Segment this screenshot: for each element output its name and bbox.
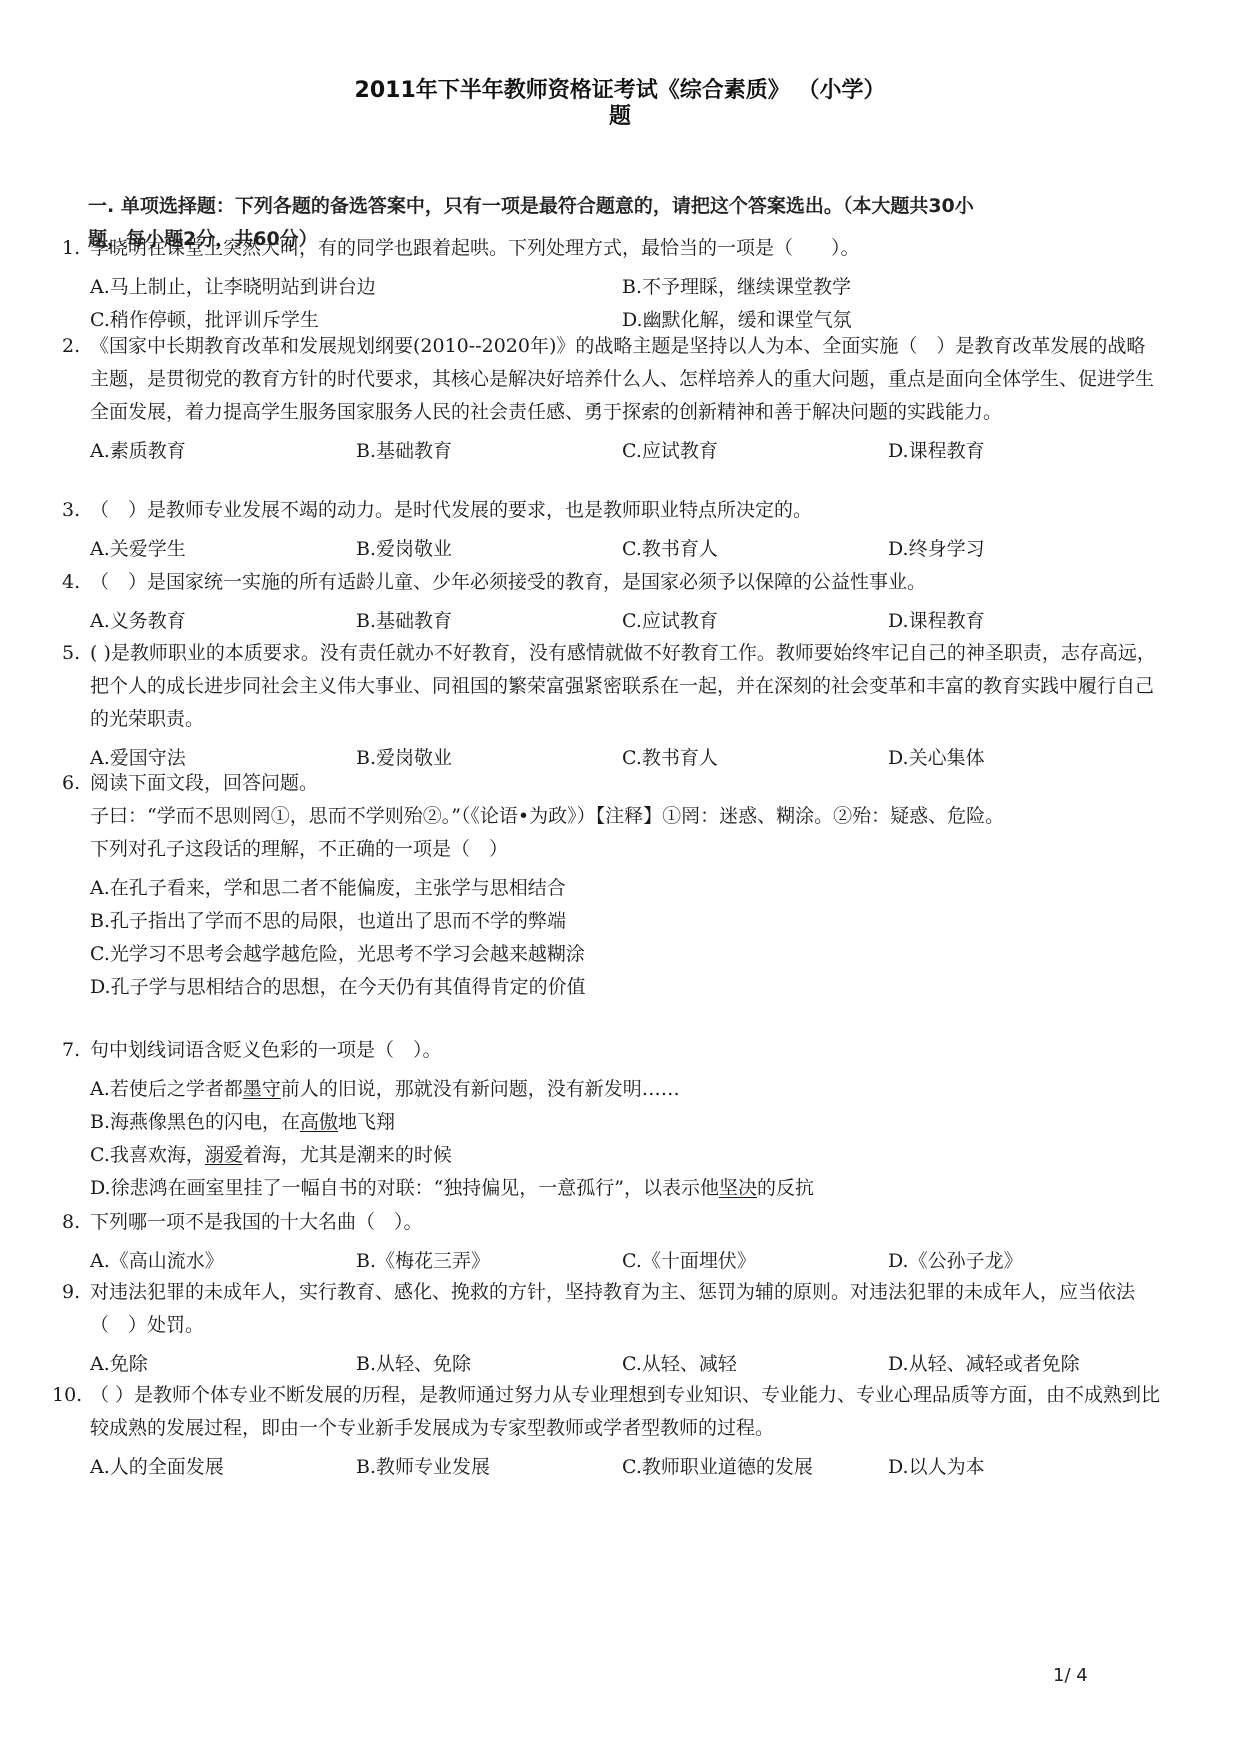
option-d: D.从轻、减轻或者免除 xyxy=(888,1348,1154,1381)
question-1: 1.李晓明在课堂上突然大叫，有的同学也跟着起哄。下列处理方式，最恰当的一项是（ … xyxy=(62,232,1162,337)
page-number: 1/ 4 xyxy=(1053,1665,1088,1686)
question-stem: （ ）是国家统一实施的所有适龄儿童、少年必须接受的教育，是国家必须予以保障的公益… xyxy=(90,571,926,593)
document-title: 2011年下半年教师资格证考试《综合素质》 （小学） 题 xyxy=(0,78,1240,130)
question-stem: 阅读下面文段，回答问题。 xyxy=(90,772,318,794)
option-c: C.应试教育 xyxy=(622,435,888,468)
question-stem: 下列哪一项不是我国的十大名曲（ ）。 xyxy=(90,1211,423,1233)
option-a: A.素质教育 xyxy=(90,435,356,468)
option-d: D.《公孙子龙》 xyxy=(888,1245,1154,1278)
option-b: B.基础教育 xyxy=(356,435,622,468)
option-b: B.海燕像黑色的闪电，在高傲地飞翔 xyxy=(62,1106,1162,1139)
options: A.若使后之学者都墨守前人的旧说，那就没有新问题，没有新发明…… B.海燕像黑色… xyxy=(62,1073,1162,1205)
option-a: A.人的全面发展 xyxy=(90,1451,356,1484)
question-number: 9. xyxy=(62,1276,90,1309)
option-b: B.《梅花三弄》 xyxy=(356,1245,622,1278)
option-a: A.关爱学生 xyxy=(90,533,356,566)
question-7: 7.句中划线词语含贬义色彩的一项是（ ）。 A.若使后之学者都墨守前人的旧说，那… xyxy=(62,1034,1162,1205)
section-heading-line-1: 一. 单项选择题：下列各题的备选答案中，只有一项是最符合题意的，请把这个答案选出… xyxy=(88,190,1148,223)
underlined-word: 溺爱 xyxy=(205,1144,243,1166)
underlined-word: 坚决 xyxy=(719,1177,757,1199)
options: A.关爱学生 B.爱岗敬业 C.教书育人 D.终身学习 xyxy=(62,533,1162,566)
option-a: A.若使后之学者都墨守前人的旧说，那就没有新问题，没有新发明…… xyxy=(62,1073,1162,1106)
question-10: 10.（ ）是教师个体专业不断发展的历程，是教师通过努力从专业理想到专业知识、专… xyxy=(52,1379,1162,1484)
question-stem: 李晓明在课堂上突然大叫，有的同学也跟着起哄。下列处理方式，最恰当的一项是（ ）。 xyxy=(90,237,860,259)
option-b: B.教师专业发展 xyxy=(356,1451,622,1484)
question-stem: 《国家中长期教育改革和发展规划纲要(2010--2020年)》的战略主题是坚持以… xyxy=(90,335,1154,423)
passage: 子曰：“学而不思则罔①，思而不学则殆②。”（《论语•为政》）【注释】①罔：迷惑、… xyxy=(62,800,1162,833)
question-number: 6. xyxy=(62,767,90,800)
option-a: A.在孔子看来，学和思二者不能偏废，主张学与思相结合 xyxy=(62,872,1162,905)
question-number: 8. xyxy=(62,1206,90,1239)
question-number: 1. xyxy=(62,232,90,265)
option-d: D.徐悲鸿在画室里挂了一幅自书的对联：“独持偏见，一意孤行”，以表示他坚决的反抗 xyxy=(62,1172,1162,1205)
question-number: 3. xyxy=(62,494,90,527)
option-c: C.应试教育 xyxy=(622,605,888,638)
options: A.在孔子看来，学和思二者不能偏废，主张学与思相结合 B.孔子指出了学而不思的局… xyxy=(62,872,1162,1004)
question-8: 8.下列哪一项不是我国的十大名曲（ ）。 A.《高山流水》 B.《梅花三弄》 C… xyxy=(62,1206,1162,1278)
option-b: B.不予理睬，继续课堂教学 xyxy=(622,271,1154,304)
option-a: A.马上制止，让李晓明站到讲台边 xyxy=(90,271,622,304)
question-number: 4. xyxy=(62,566,90,599)
options: A.义务教育 B.基础教育 C.应试教育 D.课程教育 xyxy=(62,605,1162,638)
question-number: 2. xyxy=(62,330,90,363)
option-c: C.光学习不思考会越学越危险，光思考不学习会越来越糊涂 xyxy=(62,938,1162,971)
option-d: D.以人为本 xyxy=(888,1451,1154,1484)
option-c: C.从轻、减轻 xyxy=(622,1348,888,1381)
option-c: C.《十面埋伏》 xyxy=(622,1245,888,1278)
underlined-word: 高傲 xyxy=(300,1111,338,1133)
option-a: A.免除 xyxy=(90,1348,356,1381)
option-a: A.义务教育 xyxy=(90,605,356,638)
question-number: 5. xyxy=(62,637,90,670)
question-stem: ( )是教师职业的本质要求。没有责任就办不好教育，没有感情就做不好教育工作。教师… xyxy=(90,642,1156,730)
options: A.《高山流水》 B.《梅花三弄》 C.《十面埋伏》 D.《公孙子龙》 xyxy=(62,1245,1162,1278)
question-9: 9.对违法犯罪的未成年人，实行教育、感化、挽救的方针，坚持教育为主、惩罚为辅的原… xyxy=(62,1276,1162,1381)
question-stem: 对违法犯罪的未成年人，实行教育、感化、挽救的方针，坚持教育为主、惩罚为辅的原则。… xyxy=(90,1281,1135,1336)
underlined-word: 墨守 xyxy=(243,1078,281,1100)
option-b: B.爱岗敬业 xyxy=(356,533,622,566)
question-5: 5.( )是教师职业的本质要求。没有责任就办不好教育，没有感情就做不好教育工作。… xyxy=(62,637,1162,775)
question-stem: （ ）是教师个体专业不断发展的历程，是教师通过努力从专业理想到专业知识、专业能力… xyxy=(90,1384,1160,1439)
question-number: 7. xyxy=(62,1034,90,1067)
option-d: D.课程教育 xyxy=(888,435,1154,468)
option-a: A.《高山流水》 xyxy=(90,1245,356,1278)
question-stem: （ ）是教师专业发展不竭的动力。是时代发展的要求，也是教师职业特点所决定的。 xyxy=(90,499,812,521)
option-d: D.孔子学与思相结合的思想，在今天仍有其值得肯定的价值 xyxy=(62,971,1162,1004)
option-c: C.我喜欢海，溺爱着海，尤其是潮来的时候 xyxy=(62,1139,1162,1172)
question-2: 2.《国家中长期教育改革和发展规划纲要(2010--2020年)》的战略主题是坚… xyxy=(62,330,1162,468)
option-d: D.终身学习 xyxy=(888,533,1154,566)
question-3: 3.（ ）是教师专业发展不竭的动力。是时代发展的要求，也是教师职业特点所决定的。… xyxy=(62,494,1162,566)
question-stem: 句中划线词语含贬义色彩的一项是（ ）。 xyxy=(90,1039,442,1061)
title-line-1: 2011年下半年教师资格证考试《综合素质》 （小学） xyxy=(355,78,886,103)
question-6: 6.阅读下面文段，回答问题。 子曰：“学而不思则罔①，思而不学则殆②。”（《论语… xyxy=(62,767,1162,1004)
title-line-2: 题 xyxy=(0,104,1240,130)
question-4: 4.（ ）是国家统一实施的所有适龄儿童、少年必须接受的教育，是国家必须予以保障的… xyxy=(62,566,1162,638)
options: A.人的全面发展 B.教师专业发展 C.教师职业道德的发展 D.以人为本 xyxy=(52,1451,1162,1484)
question-number: 10. xyxy=(52,1379,90,1412)
option-b: B.从轻、免除 xyxy=(356,1348,622,1381)
option-d: D.课程教育 xyxy=(888,605,1154,638)
options: A.免除 B.从轻、免除 C.从轻、减轻 D.从轻、减轻或者免除 xyxy=(62,1348,1162,1381)
options: A.素质教育 B.基础教育 C.应试教育 D.课程教育 xyxy=(62,435,1162,468)
question-prompt: 下列对孔子这段话的理解，不正确的一项是（ ） xyxy=(62,833,1162,866)
options: A.马上制止，让李晓明站到讲台边 B.不予理睬，继续课堂教学 C.稍作停顿，批评… xyxy=(62,271,1162,337)
option-c: C.教师职业道德的发展 xyxy=(622,1451,888,1484)
option-b: B.基础教育 xyxy=(356,605,622,638)
option-b: B.孔子指出了学而不思的局限，也道出了思而不学的弊端 xyxy=(62,905,1162,938)
option-c: C.教书育人 xyxy=(622,533,888,566)
